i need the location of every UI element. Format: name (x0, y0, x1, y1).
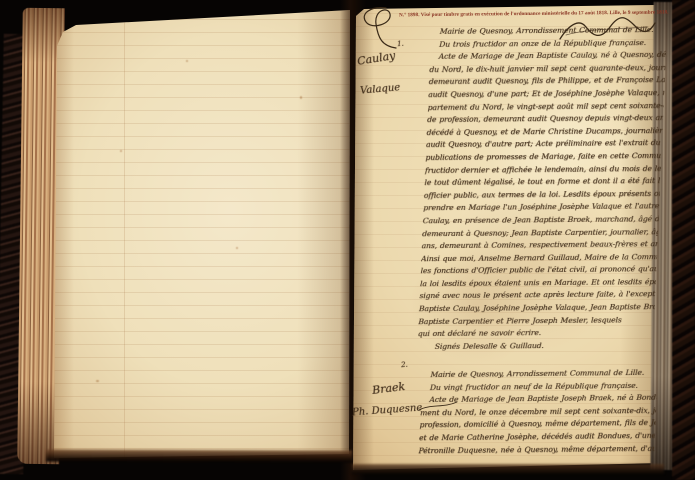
register-scan-photo: N.° 1898. Visé pour timbre gratis en exé… (0, 0, 695, 480)
bottom-page-edge-left (46, 449, 352, 462)
manuscript-line: Signés Delesalle & Guillaud. (417, 339, 654, 354)
foxing-spot (236, 247, 238, 249)
blank-ruled-left-page (48, 6, 352, 462)
marriage-act-1-text: Mairie de Quesnoy, Arrondissement Commun… (417, 24, 667, 357)
manuscript-line: Pétronille Duquesne, née à Quesnoy, même… (418, 442, 655, 457)
foxing-spot (120, 150, 122, 152)
margin-act-number-1: 1. (397, 40, 404, 48)
manuscript-line: Baptiste Carpentier et Pierre Joseph Mes… (418, 314, 655, 329)
book-cover-right-edge (672, 0, 695, 480)
marriage-act-2-text: Mairie de Quesnoy, Arrondissement Commun… (418, 367, 658, 462)
bottom-page-edge-right (352, 464, 664, 474)
foxing-spot (96, 380, 99, 382)
foxing-spot (186, 60, 188, 62)
foxing-spot (300, 96, 302, 99)
margin-act-number-2: 2. (401, 361, 408, 369)
